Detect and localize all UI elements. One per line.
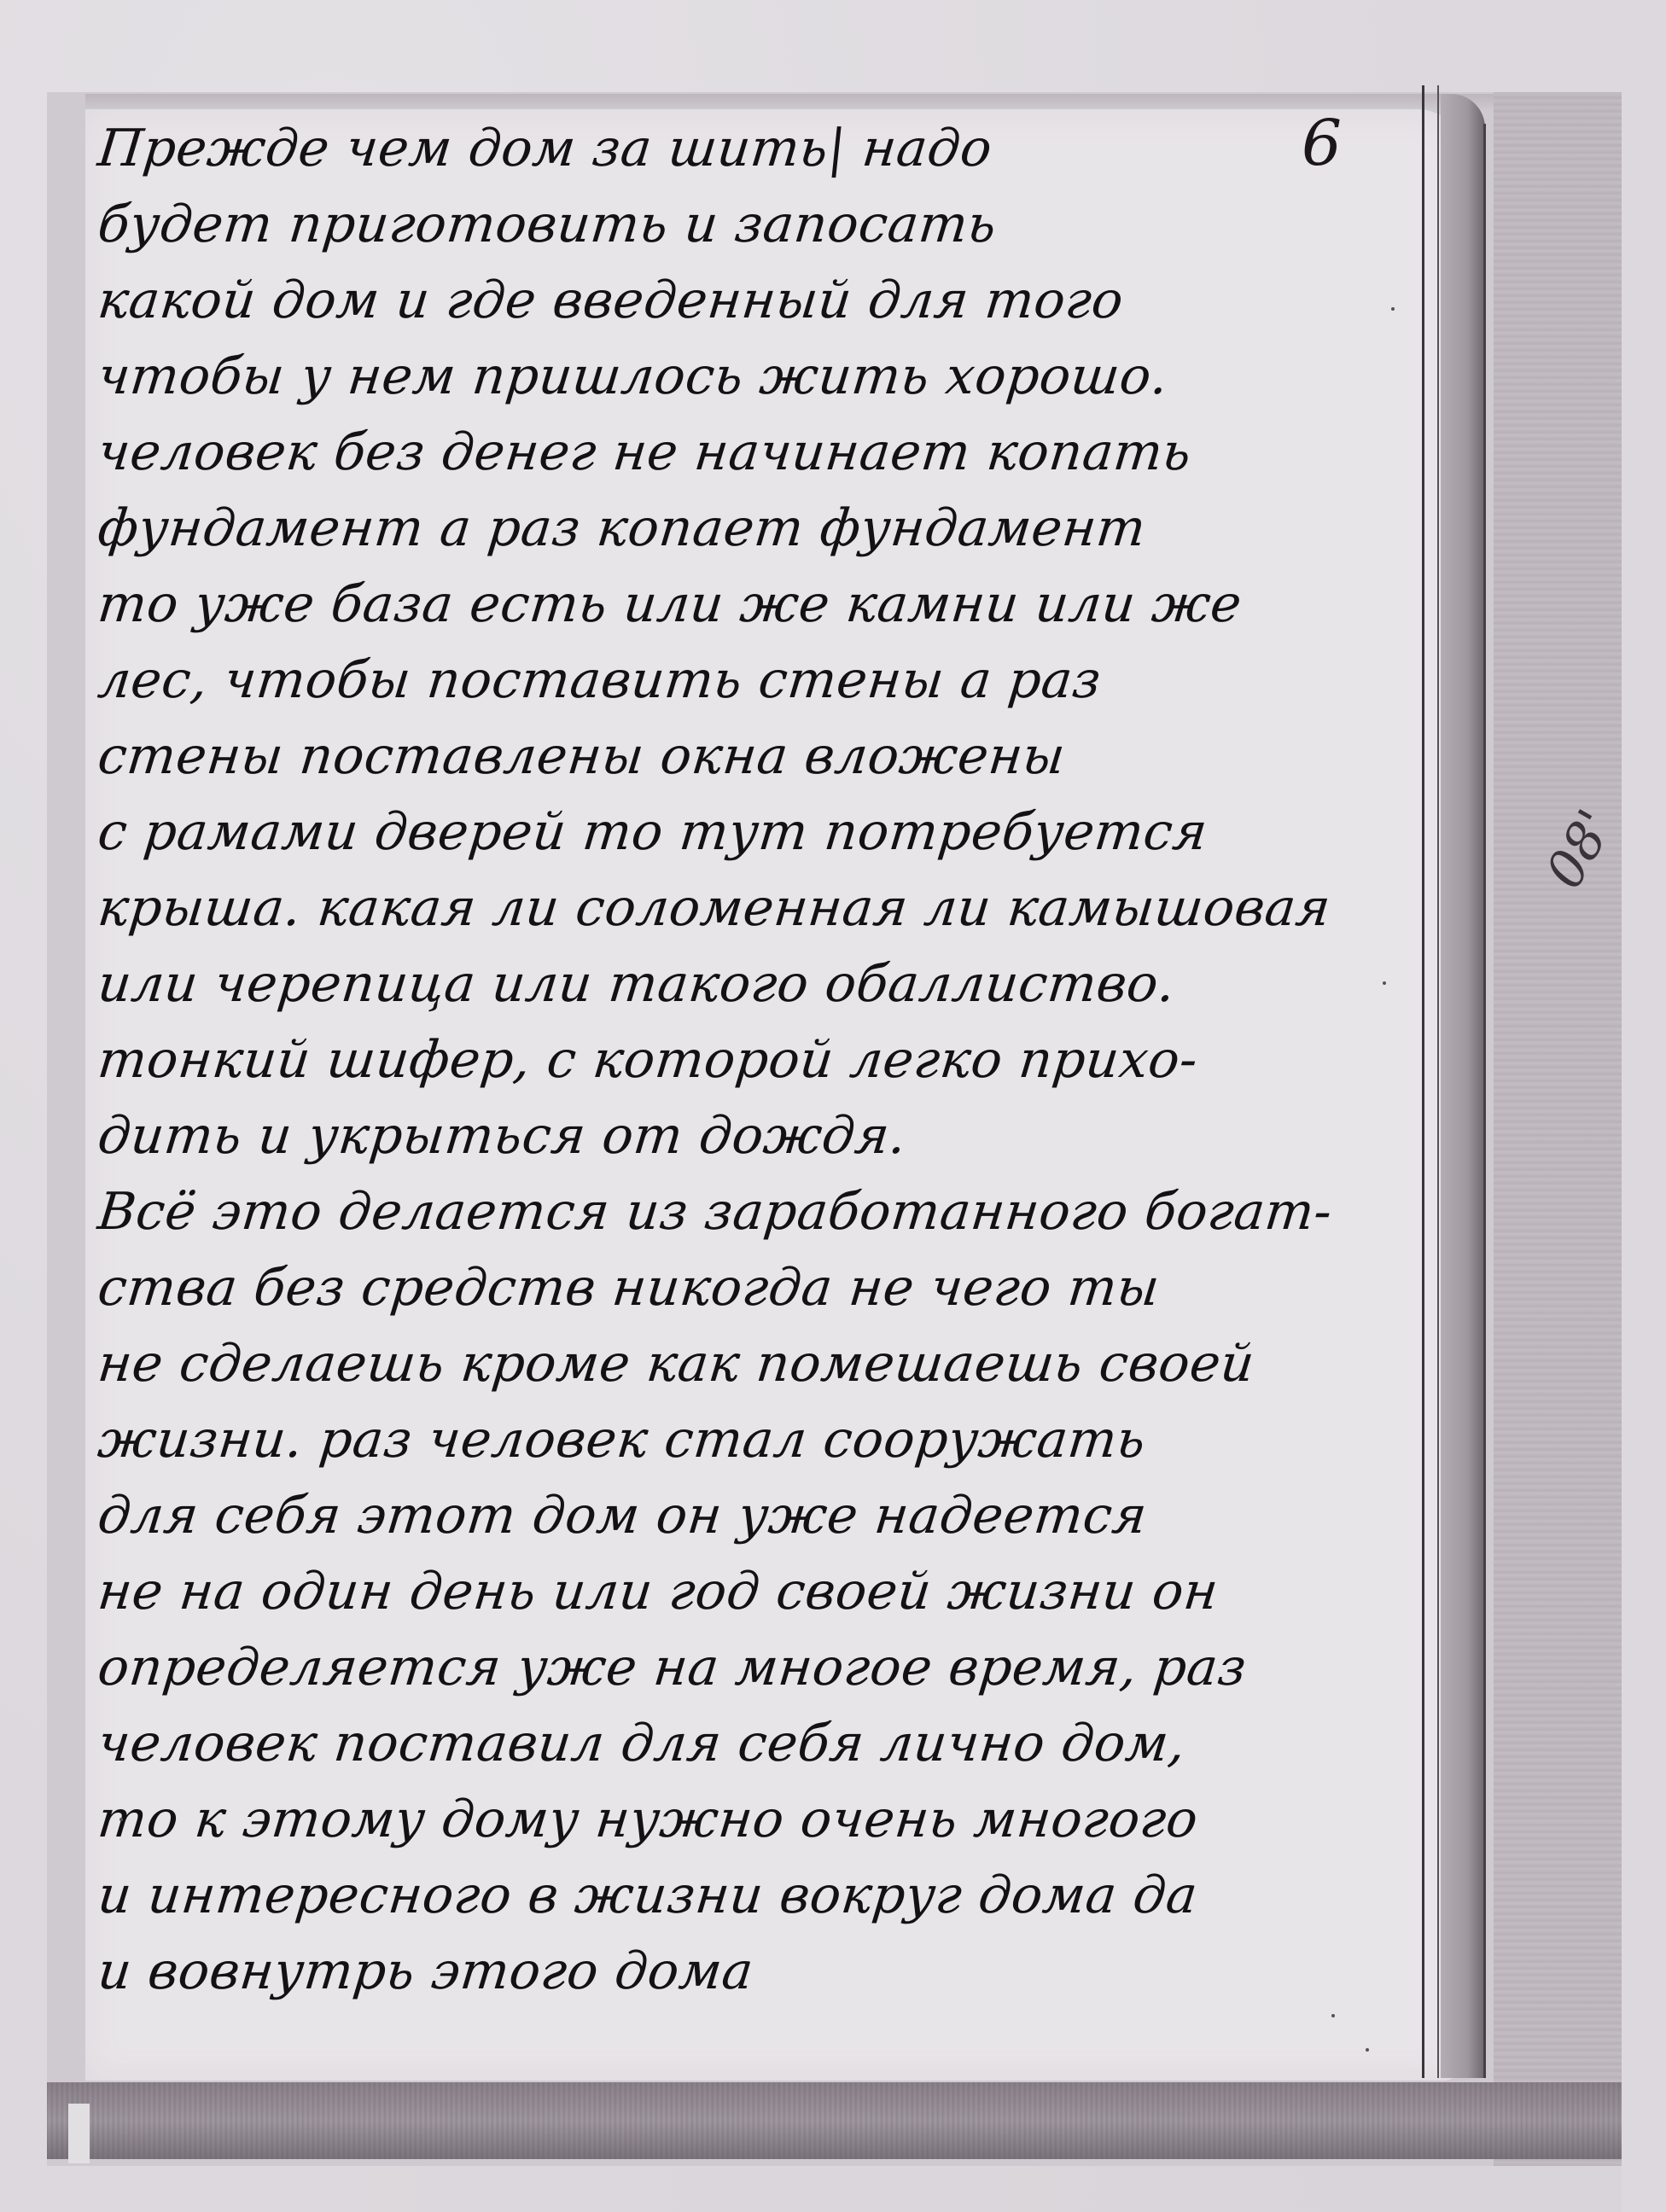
text-line: то уже база есть или же камни или же	[94, 567, 1433, 643]
photocopy-bottom-band	[47, 2082, 1622, 2159]
text-line: дить и укрыться от дождя.	[94, 1098, 1433, 1174]
text-line: Прежде чем дом за шить| надо	[94, 111, 1433, 187]
text-line: будет приготовить и запосать	[94, 187, 1433, 263]
text-line: и вовнутрь этого дома	[94, 1934, 1433, 2010]
handwritten-text-block: Прежде чем дом за шить| надо будет приго…	[98, 111, 1430, 2010]
text-line: человек поставил для себя лично дом,	[94, 1706, 1433, 1782]
text-line: жизни. раз человек стал сооружать	[94, 1402, 1433, 1478]
text-line: фундамент а раз копает фундамент	[94, 491, 1433, 567]
text-line: стены поставлены окна вложены	[94, 719, 1433, 795]
text-line: Всё это делается из заработанного богат-	[94, 1174, 1433, 1250]
text-line: с рамами дверей то тут потребуется	[94, 795, 1433, 870]
margin-rule-middle	[1437, 85, 1439, 2078]
text-line: человек без денег не начинает копать	[94, 415, 1433, 491]
photocopy-speck	[1366, 2048, 1369, 2052]
text-line: какой дом и где введенный для того	[94, 263, 1433, 339]
photocopy-speck	[1383, 981, 1386, 985]
photo-right-edge	[1622, 0, 1666, 2212]
photocopy-top-edge	[85, 94, 1494, 111]
text-line: или черепица или такого обаллиство.	[94, 946, 1433, 1022]
text-line: и интересного в жизни вокруг дома да	[94, 1858, 1433, 1934]
text-line: лес, чтобы поставить стены а раз	[94, 643, 1433, 719]
text-line: ства без средств никогда не чего ты	[94, 1250, 1433, 1326]
margin-rule-outer	[1483, 124, 1486, 2078]
text-line: чтобы у нем пришлось жить хорошо.	[94, 339, 1433, 415]
photocopy-speck	[1391, 307, 1395, 311]
text-line: крыша. какая ли соломенная ли камышовая	[94, 870, 1433, 946]
text-line: то к этому дому нужно очень многого	[94, 1782, 1433, 1858]
text-line: для себя этот дом он уже надеется	[94, 1478, 1433, 1554]
text-line: не сделаешь кроме как помешаешь своей	[94, 1326, 1433, 1402]
text-line: определяется уже на многое время, раз	[94, 1630, 1433, 1706]
page-binding-shadow	[1441, 94, 1485, 2078]
text-line: тонкий шифер, с которой легко прихо-	[94, 1022, 1433, 1098]
photocopy-speck	[119, 1818, 123, 1821]
text-line: не на один день или год своей жизни он	[94, 1554, 1433, 1630]
photocopy-right-strip	[1494, 92, 1622, 2166]
photocopy-speck	[1331, 2014, 1335, 2017]
photocopy-bottom-notch	[68, 2104, 90, 2163]
